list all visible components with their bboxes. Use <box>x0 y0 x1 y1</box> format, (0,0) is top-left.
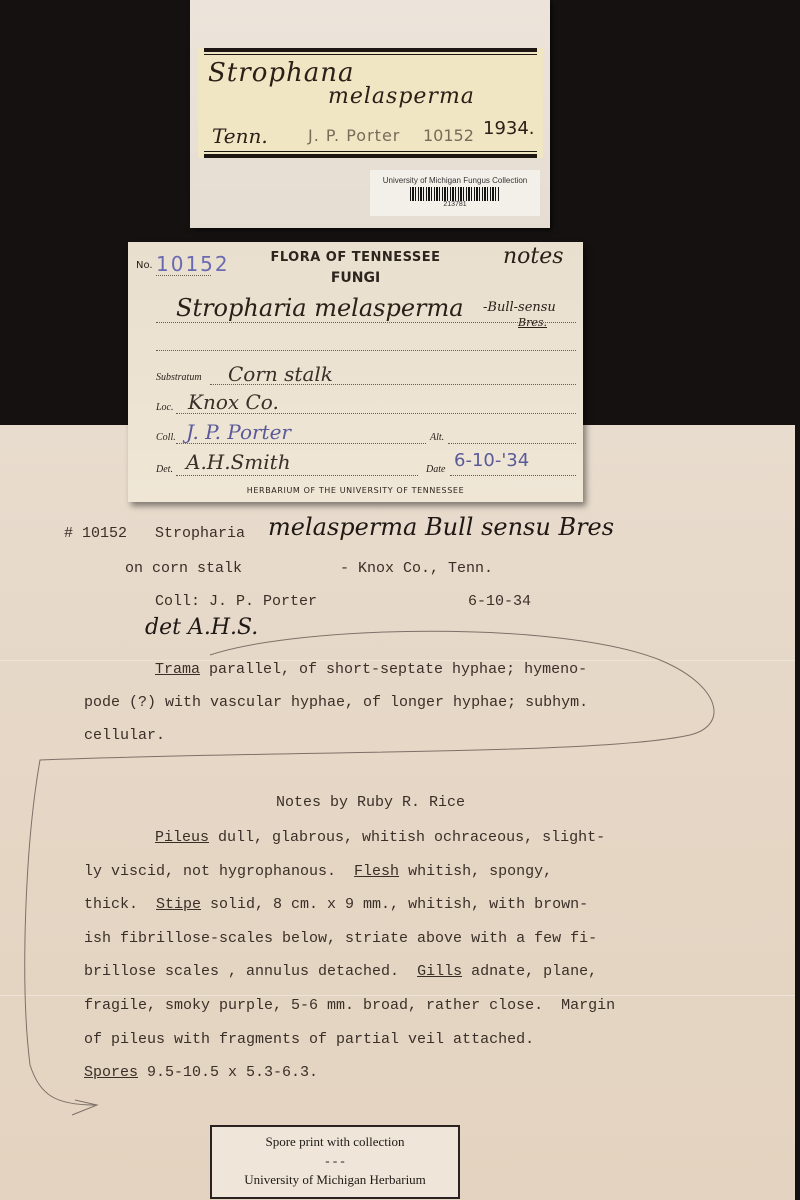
desc-line-7: of pileus with fragments of partial veil… <box>84 1031 534 1048</box>
dotted-line <box>448 443 576 444</box>
authority-line-1: -Bull-sensu <box>483 300 556 315</box>
dotted-line <box>176 443 426 444</box>
spores-term: Spores <box>84 1064 138 1081</box>
box-collector: J. P. Porter <box>308 126 400 145</box>
trama-line-1: Trama parallel, of short-septate hyphae;… <box>155 661 587 678</box>
alt-label: Alt. <box>430 432 444 443</box>
spores-line: Spores 9.5-10.5 x 5.3-6.3. <box>84 1064 318 1081</box>
desc-line-3: thick. Stipe solid, 8 cm. x 9 mm., whiti… <box>84 896 588 913</box>
species-handwritten: melasperma Bull sensu Bres <box>268 513 614 541</box>
desc-text: whitish, spongy, <box>399 863 552 880</box>
specimen-box-label: Strophana melasperma Tenn. J. P. Porter … <box>198 48 543 158</box>
stipe-term: Stipe <box>156 896 201 913</box>
barcode-institution: University of Michigan Fungus Collection <box>370 176 540 185</box>
desc-text: ly viscid, not hygrophanous. <box>84 863 354 880</box>
desc-line-2: ly viscid, not hygrophanous. Flesh whiti… <box>84 863 552 880</box>
desc-text: solid, 8 cm. x 9 mm., whitish, with brow… <box>201 896 588 913</box>
date-value: 6-10-'34 <box>454 450 529 471</box>
label-footer: HERBARIUM OF THE UNIVERSITY OF TENNESSEE <box>128 486 583 495</box>
dotted-line <box>176 475 418 476</box>
substrate: on corn stalk <box>125 560 242 577</box>
desc-text: thick. <box>84 896 156 913</box>
label-rule-bottom-thin <box>204 151 537 152</box>
desc-line-4: ish fibrillose-scales below, striate abo… <box>84 930 597 947</box>
notes-title: Notes by Ruby R. Rice <box>276 794 465 811</box>
desc-line-1: Pileus dull, glabrous, whitish ochraceou… <box>155 829 605 846</box>
spore-print-label: Spore print with collection - - - Univer… <box>210 1125 460 1199</box>
dotted-line <box>450 475 576 476</box>
locality-value: Knox Co. <box>188 390 279 414</box>
label-subtitle: FUNGI <box>128 270 583 286</box>
collector-value: J. P. Porter <box>186 420 291 444</box>
box-number: 10152 <box>423 126 474 145</box>
paper-fold <box>0 995 795 996</box>
spore-print-line-3: University of Michigan Herbarium <box>212 1170 458 1189</box>
notes-annotation: notes <box>503 244 564 269</box>
box-species: melasperma <box>328 84 475 109</box>
box-year: 1934. <box>483 118 535 139</box>
collection-date: 6-10-34 <box>468 593 531 610</box>
dotted-line <box>176 413 576 414</box>
typed-notes-sheet: # 10152 Stropharia melasperma Bull sensu… <box>0 425 795 1200</box>
flora-of-tennessee-label: No. 10152 FLORA OF TENNESSEE FUNGI notes… <box>128 242 583 502</box>
spores-text: 9.5-10.5 x 5.3-6.3. <box>138 1064 318 1081</box>
locality-label: Loc. <box>156 402 174 413</box>
desc-text: dull, glabrous, whitish ochraceous, slig… <box>209 829 605 846</box>
substratum-label: Substratum <box>156 372 202 383</box>
scientific-name: Stropharia melasperma <box>176 294 464 322</box>
barcode-icon <box>410 187 500 201</box>
trama-line-3: cellular. <box>84 727 165 744</box>
spore-print-line-1: Spore print with collection <box>212 1132 458 1151</box>
trama-text: parallel, of short-septate hyphae; hymen… <box>200 661 587 678</box>
label-rule-bottom <box>204 154 537 158</box>
collection-number: # 10152 <box>64 525 127 542</box>
dotted-line <box>210 384 576 385</box>
barcode-label: University of Michigan Fungus Collection… <box>370 170 540 216</box>
dotted-line <box>156 350 576 351</box>
determiner-label: Det. <box>156 464 173 475</box>
substratum-value: Corn stalk <box>228 362 333 386</box>
determiner-handwritten: det A.H.S. <box>145 615 258 640</box>
determiner-value: A.H.Smith <box>186 450 291 474</box>
barcode-number: 213781 <box>370 201 540 208</box>
pileus-term: Pileus <box>155 829 209 846</box>
gills-term: Gills <box>417 963 462 980</box>
desc-text: adnate, plane, <box>462 963 597 980</box>
desc-text: brillose scales , annulus detached. <box>84 963 417 980</box>
genus-typed: Stropharia <box>155 525 245 542</box>
trama-line-2: pode (?) with vascular hyphae, of longer… <box>84 694 588 711</box>
collector-label: Coll. <box>156 432 176 443</box>
dotted-line <box>156 322 576 323</box>
date-label: Date <box>426 464 445 475</box>
desc-line-6: fragile, smoky purple, 5-6 mm. broad, ra… <box>84 997 615 1014</box>
box-state: Tenn. <box>212 124 268 148</box>
label-rule-top-thin <box>204 54 537 55</box>
flesh-term: Flesh <box>354 863 399 880</box>
label-rule-top <box>204 48 537 52</box>
spore-print-separator: - - - <box>212 1151 458 1170</box>
collector: Coll: J. P. Porter <box>155 593 317 610</box>
locality: - Knox Co., Tenn. <box>340 560 493 577</box>
trama-term: Trama <box>155 661 200 678</box>
desc-line-5: brillose scales , annulus detached. Gill… <box>84 963 597 980</box>
